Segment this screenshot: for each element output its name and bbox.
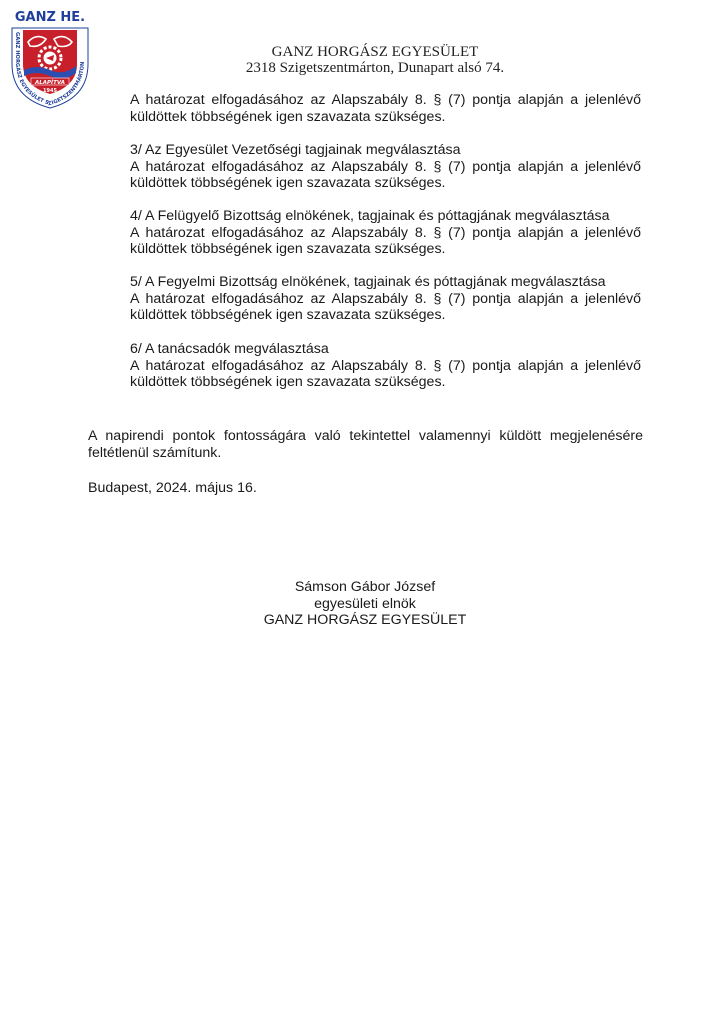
requirement-line-2: küldöttek többségének igen szavazata szü…: [130, 241, 641, 258]
closing-line-2: feltétlenül számítunk.: [88, 445, 643, 462]
logo-top-text: GANZ HE.: [15, 10, 85, 25]
organization-logo: GANZ HE. ALAPÍTVA 1945 GANZ HORGÁSZ EGYE…: [6, 6, 94, 110]
agenda-item-title: 5/ A Fegyelmi Bizottság elnökének, tagja…: [130, 274, 641, 291]
agenda-item-title: 3/ Az Egyesület Vezetőségi tagjainak meg…: [130, 142, 641, 159]
organization-name: GANZ HORGÁSZ EGYESÜLET: [200, 44, 550, 60]
agenda-item-3: 3/ Az Egyesület Vezetőségi tagjainak meg…: [130, 142, 641, 192]
signatory-role: egyesületi elnök: [240, 596, 490, 613]
agenda-item-4: 4/ A Felügyelő Bizottság elnökének, tagj…: [130, 208, 641, 258]
agenda-intro-requirement: A határozat elfogadásához az Alapszabály…: [130, 92, 641, 125]
requirement-line-1: A határozat elfogadásához az Alapszabály…: [130, 92, 641, 109]
signature-block: Sámson Gábor József egyesületi elnök GAN…: [240, 579, 490, 629]
requirement-line-1: A határozat elfogadásához az Alapszabály…: [130, 225, 641, 242]
svg-text:1945: 1945: [43, 88, 57, 94]
letterhead: GANZ HORGÁSZ EGYESÜLET 2318 Szigetszentm…: [200, 44, 550, 76]
requirement-line-2: küldöttek többségének igen szavazata szü…: [130, 175, 641, 192]
organization-address: 2318 Szigetszentmárton, Dunapart alsó 74…: [200, 60, 550, 76]
closing-line-1: A napirendi pontok fontosságára való tek…: [88, 428, 643, 445]
svg-text:ALAPÍTVA: ALAPÍTVA: [34, 79, 65, 86]
requirement-line-2: küldöttek többségének igen szavazata szü…: [130, 307, 641, 324]
signatory-organization: GANZ HORGÁSZ EGYESÜLET: [240, 612, 490, 629]
agenda-item-title: 6/ A tanácsadók megválasztása: [130, 341, 641, 358]
requirement-line-1: A határozat elfogadásához az Alapszabály…: [130, 358, 641, 375]
requirement-line-2: küldöttek többségének igen szavazata szü…: [130, 374, 641, 391]
requirement-line-2: küldöttek többségének igen szavazata szü…: [130, 109, 641, 126]
closing-paragraph: A napirendi pontok fontosságára való tek…: [88, 428, 643, 461]
requirement-line-1: A határozat elfogadásához az Alapszabály…: [130, 159, 641, 176]
document-date: Budapest, 2024. május 16.: [88, 480, 257, 497]
agenda-item-5: 5/ A Fegyelmi Bizottság elnökének, tagja…: [130, 274, 641, 324]
requirement-line-1: A határozat elfogadásához az Alapszabály…: [130, 291, 641, 308]
fishing-club-emblem-icon: GANZ HE. ALAPÍTVA 1945 GANZ HORGÁSZ EGYE…: [6, 6, 94, 110]
signatory-name: Sámson Gábor József: [240, 579, 490, 596]
agenda-item-title: 4/ A Felügyelő Bizottság elnökének, tagj…: [130, 208, 641, 225]
agenda-item-6: 6/ A tanácsadók megválasztása A határoza…: [130, 341, 641, 391]
